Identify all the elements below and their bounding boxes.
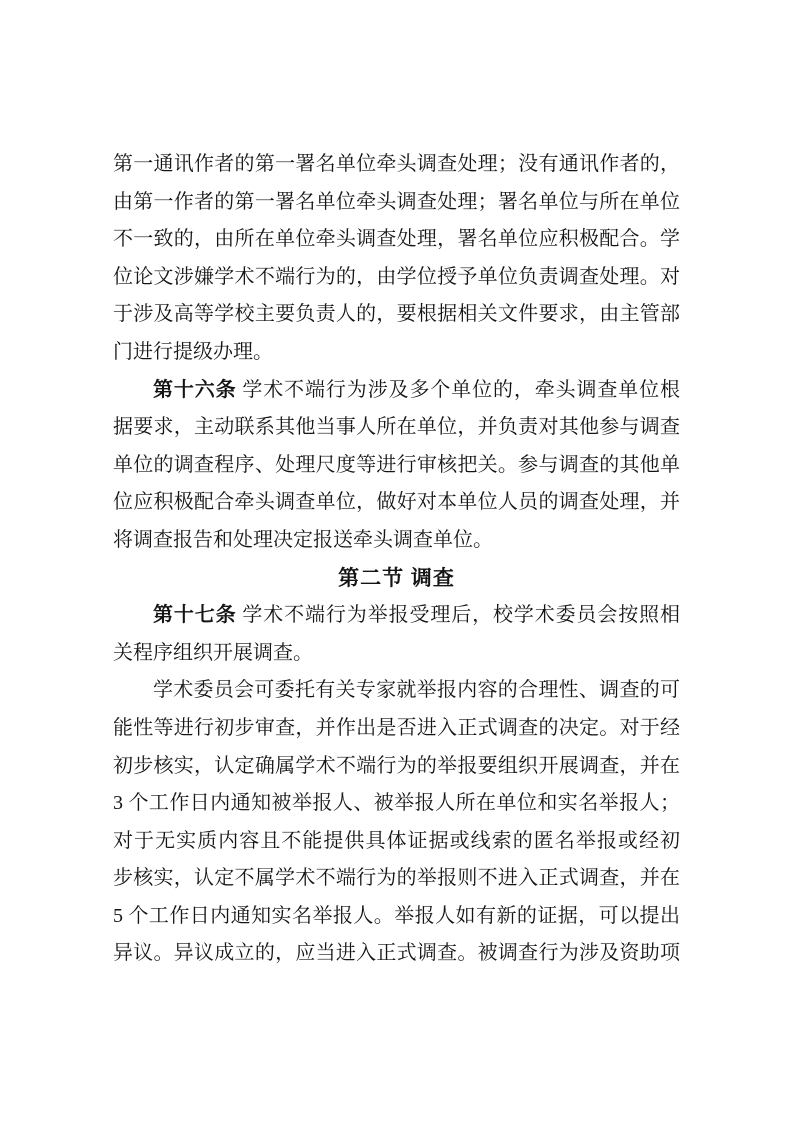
text-line: 能性等进行初步审查，并作出是否进入正式调查的决定。对于经: [113, 710, 680, 748]
body-text: 关程序组织开展调查。: [113, 642, 313, 664]
body-text: 由第一作者的第一署名单位牵头调查处理；署名单位与所在单位: [113, 191, 680, 213]
text-line: 门进行提级办理。: [113, 334, 680, 372]
body-text: 不一致的，由所在单位牵头调查处理，署名单位应积极配合。学: [113, 228, 680, 250]
body-text: 位论文涉嫌学术不端行为的，由学位授予单位负责调查处理。对: [113, 266, 680, 288]
body-text: 单位的调查程序、处理尺度等进行审核把关。参与调查的其他单: [113, 454, 680, 476]
text-line: 单位的调查程序、处理尺度等进行审核把关。参与调查的其他单: [113, 447, 680, 485]
body-text: 学术不端行为举报受理后，校学术委员会按照相: [237, 604, 680, 626]
body-text: 门进行提级办理。: [113, 341, 273, 363]
body-text: 初步核实，认定确属学术不端行为的举报要组织开展调查，并在: [113, 755, 680, 777]
body-text: 学术不端行为涉及多个单位的，牵头调查单位根: [237, 379, 680, 401]
document-page: 第一通讯作者的第一署名单位牵头调查处理；没有通讯作者的，由第一作者的第一署名单位…: [0, 0, 793, 1122]
section-heading-text: 第二节 调查: [338, 567, 455, 590]
text-line: 步核实，认定不属学术不端行为的举报则不进入正式调查，并在: [113, 860, 680, 898]
body-text: 能性等进行初步审查，并作出是否进入正式调查的决定。对于经: [113, 717, 680, 739]
text-column: 第一通讯作者的第一署名单位牵头调查处理；没有通讯作者的，由第一作者的第一署名单位…: [113, 146, 680, 973]
body-text: 将调查报告和处理决定报送牵头调查单位。: [113, 529, 493, 551]
text-line: 异议。异议成立的，应当进入正式调查。被调查行为涉及资助项: [113, 935, 680, 973]
body-text: 位应积极配合牵头调查单位，做好对本单位人员的调查处理，并: [113, 491, 680, 513]
text-line: 3 个工作日内通知被举报人、被举报人所在单位和实名举报人；: [113, 785, 680, 823]
text-line: 位论文涉嫌学术不端行为的，由学位授予单位负责调查处理。对: [113, 259, 680, 297]
text-line: 第十七条 学术不端行为举报受理后，校学术委员会按照相: [113, 597, 680, 635]
text-line: 初步核实，认定确属学术不端行为的举报要组织开展调查，并在: [113, 748, 680, 786]
body-text: 学术委员会可委托有关专家就举报内容的合理性、调查的可: [153, 679, 680, 701]
text-line: 不一致的，由所在单位牵头调查处理，署名单位应积极配合。学: [113, 221, 680, 259]
text-line: 第一通讯作者的第一署名单位牵头调查处理；没有通讯作者的，: [113, 146, 680, 184]
body-text: 步核实，认定不属学术不端行为的举报则不进入正式调查，并在: [113, 867, 680, 889]
text-line: 位应积极配合牵头调查单位，做好对本单位人员的调查处理，并: [113, 484, 680, 522]
section-heading: 第二节 调查: [113, 560, 680, 598]
text-line: 将调查报告和处理决定报送牵头调查单位。: [113, 522, 680, 560]
body-text: 对于无实质内容且不能提供具体证据或线索的匿名举报或经初: [113, 830, 680, 852]
body-text: 据要求，主动联系其他当事人所在单位，并负责对其他参与调查: [113, 416, 680, 438]
text-line: 第十六条 学术不端行为涉及多个单位的，牵头调查单位根: [113, 372, 680, 410]
body-text: 于涉及高等学校主要负责人的，要根据相关文件要求，由主管部: [113, 303, 680, 325]
body-text: 3 个工作日内通知被举报人、被举报人所在单位和实名举报人；: [113, 792, 680, 814]
text-line: 5 个工作日内通知实名举报人。举报人如有新的证据，可以提出: [113, 898, 680, 936]
text-line: 学术委员会可委托有关专家就举报内容的合理性、调查的可: [113, 672, 680, 710]
body-text: 5 个工作日内通知实名举报人。举报人如有新的证据，可以提出: [113, 905, 680, 927]
text-line: 对于无实质内容且不能提供具体证据或线索的匿名举报或经初: [113, 823, 680, 861]
body-text: 异议。异议成立的，应当进入正式调查。被调查行为涉及资助项: [113, 942, 680, 964]
article-number: 第十七条: [153, 604, 237, 626]
text-line: 据要求，主动联系其他当事人所在单位，并负责对其他参与调查: [113, 409, 680, 447]
body-text: 第一通讯作者的第一署名单位牵头调查处理；没有通讯作者的，: [113, 153, 680, 175]
article-number: 第十六条: [153, 379, 237, 401]
text-line: 由第一作者的第一署名单位牵头调查处理；署名单位与所在单位: [113, 184, 680, 222]
text-line: 于涉及高等学校主要负责人的，要根据相关文件要求，由主管部: [113, 296, 680, 334]
text-line: 关程序组织开展调查。: [113, 635, 680, 673]
